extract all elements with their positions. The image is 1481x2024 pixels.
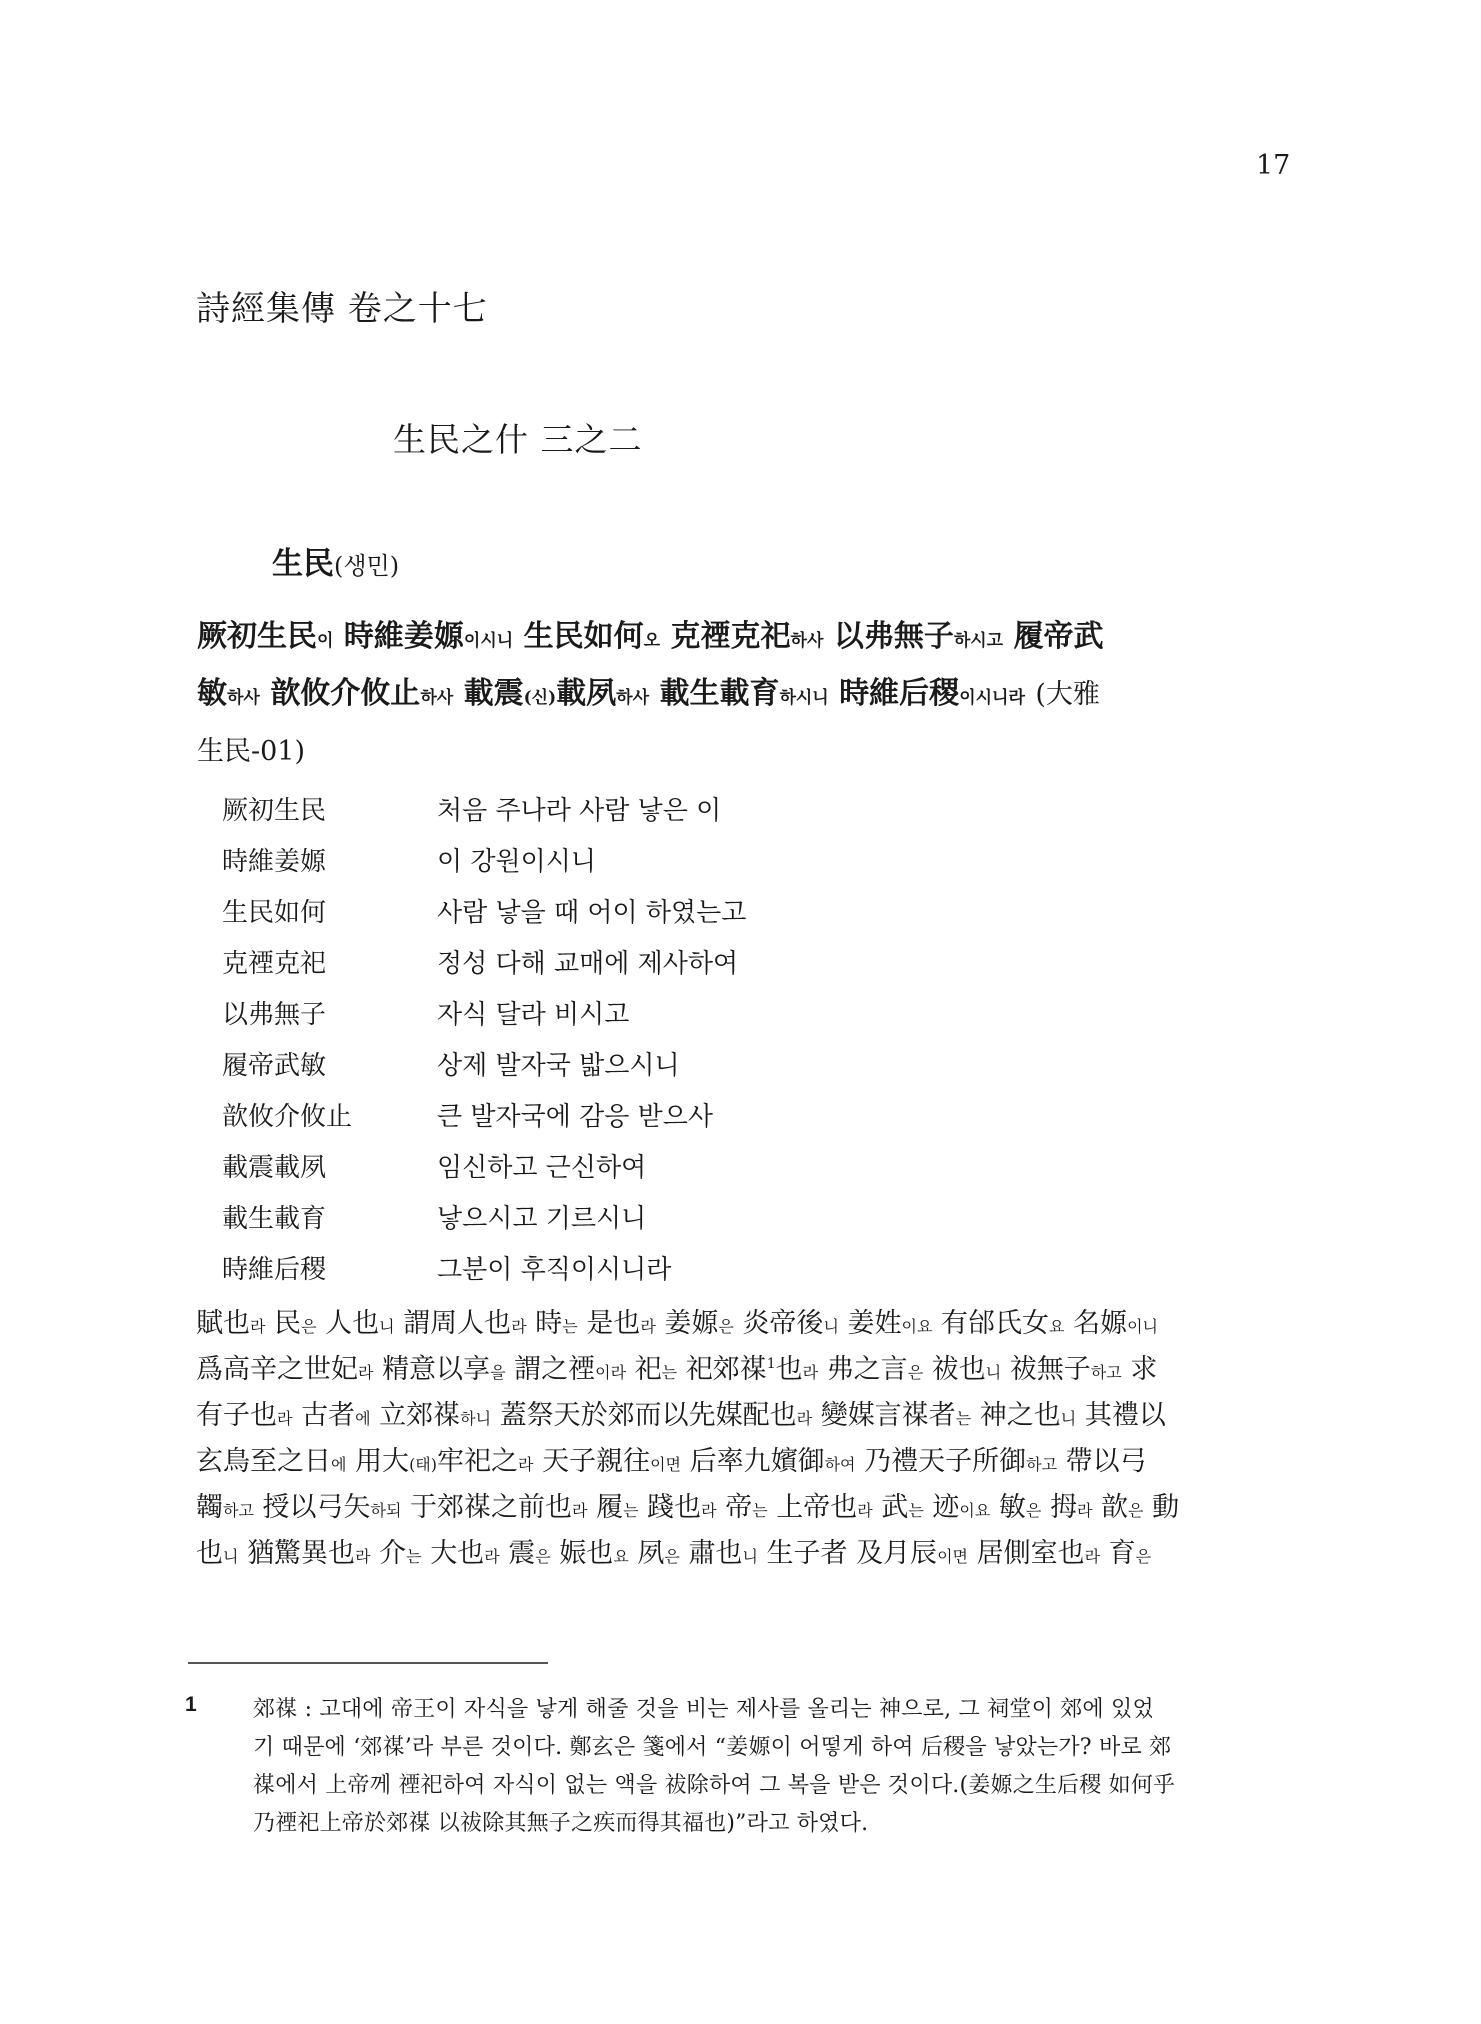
hangul-particle: 에 — [331, 1455, 346, 1474]
poem-row-hanja: 克禋克祀 — [222, 939, 437, 990]
commentary-segment: 震은 — [508, 1538, 550, 1569]
verse-segment: 歆攸介攸止하사 — [270, 676, 453, 711]
commentary-segment: 授以弓矢하되 — [263, 1492, 402, 1523]
commentary-segment: 乃禮天子所御하고 — [864, 1446, 1057, 1477]
footnote-reference: 1 — [767, 1356, 776, 1372]
poem-row-korean-translation: 이 강원이시니 — [437, 847, 596, 877]
page-number: 17 — [1256, 150, 1290, 181]
hangul-particle: 하사 — [420, 688, 453, 708]
hangul-particle: 는 — [908, 1501, 923, 1520]
hangul-particle: 라 — [484, 1547, 499, 1566]
commentary-segment: 其禮以 — [1085, 1400, 1166, 1431]
commentary-segment: 蓋祭天於郊而以先媒配也라 — [500, 1400, 812, 1431]
commentary-segment: 帶以弓 — [1066, 1446, 1147, 1477]
hangul-particle: 는 — [752, 1501, 767, 1520]
commentary-segment: 育은 — [1109, 1538, 1151, 1569]
commentary-segment: 生子者 — [767, 1538, 848, 1569]
poem-row-hanja: 厥初生民 — [222, 786, 437, 837]
poem-row-hanja: 歆攸介攸止 — [222, 1092, 437, 1143]
commentary-line: 韣하고 授以弓矢하되 于郊禖之前也라 履는 踐也라 帝는 上帝也라 武는 迹이요… — [196, 1485, 1341, 1531]
commentary-segment: 時는 — [535, 1308, 577, 1339]
commentary-segment: 立郊禖하니 — [379, 1400, 491, 1431]
hangul-particle: 라 — [572, 1501, 587, 1520]
hangul-particle: 하사 — [791, 631, 824, 651]
commentary-segment: 歆은 — [1101, 1492, 1143, 1523]
verse-segment: (大雅 — [1035, 679, 1100, 710]
commentary-segment: 謂之禋이라 — [514, 1354, 626, 1385]
verse-segment: 載夙하사 — [556, 676, 649, 711]
commentary-segment: 變媒言禖者는 — [821, 1400, 971, 1431]
poem-heading-hanja: 生民 — [272, 546, 334, 582]
commentary-line: 也니 猶驚異也라 介는 大也라 震은 娠也요 夙은 肅也니 生子者 及月辰이면 … — [196, 1531, 1341, 1577]
hangul-particle: 이요 — [902, 1317, 933, 1336]
hangul-particle: 라 — [358, 1363, 373, 1382]
commentary-segment: 介는 — [379, 1538, 421, 1569]
commentary-segment: 大也라 — [430, 1538, 499, 1569]
hangul-particle: 은 — [301, 1317, 316, 1336]
hangul-particle: 은 — [1136, 1547, 1151, 1566]
poem-row-korean-translation: 임신하고 근신하여 — [437, 1153, 646, 1183]
commentary-segment: 姜姓이요 — [848, 1308, 933, 1339]
verse-segment: 時維姜嫄이시니 — [344, 619, 513, 654]
footnote-line: 기 때문에 ‘郊禖’라 부른 것이다. 鄭玄은 箋에서 “姜嫄이 어떻게 하여 … — [253, 1729, 1353, 1767]
hangul-particle: 이 — [317, 631, 333, 651]
poem-row-hanja: 履帝武敏 — [222, 1041, 437, 1092]
poem-row: 生民如何사람 낳을 때 어이 하였는고 — [222, 888, 746, 939]
hangul-particle: 는 — [623, 1501, 638, 1520]
poem-row-korean-translation: 상제 발자국 밟으시니 — [437, 1051, 680, 1081]
commentary-segment: 民은 — [274, 1308, 316, 1339]
poem-row-hanja: 時維姜嫄 — [222, 837, 437, 888]
hangul-particle: 하사 — [227, 688, 260, 708]
commentary-segment: 迹이요 — [932, 1492, 990, 1523]
hangul-particle: 하시고 — [954, 631, 1003, 651]
verse-segment: 載震(신) — [464, 676, 557, 711]
hangul-particle: 이면 — [937, 1547, 968, 1566]
commentary-segment: 敏은 — [999, 1492, 1041, 1523]
hangul-particle: 니 — [823, 1317, 838, 1336]
poem-row: 載震載夙임신하고 근신하여 — [222, 1143, 746, 1194]
hangul-particle: 요 — [613, 1547, 628, 1566]
commentary-segment: 居側室也라 — [977, 1538, 1100, 1569]
commentary-segment: 牢祀之라 — [437, 1446, 533, 1477]
verse-segment: 厥初生民이 — [197, 619, 333, 654]
hangul-particle: 니 — [1061, 1409, 1076, 1428]
commentary-line: 玄鳥至之日에 用大(태)牢祀之라 天子親往이면 后率九嬪御하여 乃禮天子所御하고… — [196, 1439, 1341, 1485]
footnote-marker: 1 — [185, 1693, 197, 1717]
commentary-segment: 祓也니 — [932, 1354, 1001, 1385]
verse-line: 敏하사 歆攸介攸止하사 載震(신)載夙하사 載生載育하시니 時維后稷이시니라 (… — [197, 665, 1342, 722]
poem-heading-reading: (생민) — [334, 552, 399, 580]
poem-row: 履帝武敏상제 발자국 밟으시니 — [222, 1041, 746, 1092]
commentary-segment: 炎帝後니 — [742, 1308, 838, 1339]
commentary-segment: 夙은 — [637, 1538, 679, 1569]
hangul-particle: 은 — [718, 1317, 733, 1336]
verse-block: 厥初生民이 時維姜嫄이시니 生民如何오 克禋克祀하사 以弗無子하시고 履帝武敏하… — [197, 608, 1342, 779]
hangul-particle: 이면 — [650, 1455, 681, 1474]
commentary-segment: 名嫄이니 — [1073, 1308, 1158, 1339]
poem-row: 歆攸介攸止큰 발자국에 감응 받으사 — [222, 1092, 746, 1143]
hangul-particle: 에 — [355, 1409, 370, 1428]
verse-segment: 以弗無子하시고 — [834, 619, 1003, 654]
poem-row-korean-translation: 처음 주나라 사람 낳은 이 — [437, 796, 721, 826]
poem-row: 以弗無子자식 달라 비시고 — [222, 990, 746, 1041]
commentary-segment: 猶驚異也라 — [247, 1538, 370, 1569]
commentary-segment: 有子也라 — [196, 1400, 292, 1431]
poem-row-korean-translation: 사람 낳을 때 어이 하였는고 — [437, 898, 746, 928]
poem-row-korean-translation: 큰 발자국에 감응 받으사 — [437, 1102, 713, 1132]
commentary-line: 賦也라 民은 人也니 謂周人也라 時는 是也라 姜嫄은 炎帝後니 姜姓이요 有邰… — [196, 1301, 1341, 1347]
commentary-segment: 拇라 — [1050, 1492, 1092, 1523]
document-title: 詩經集傳 卷之十七 — [196, 281, 488, 330]
poem-row-korean-translation: 낳으시고 기르시니 — [437, 1204, 646, 1234]
poem-row-korean-translation: 정성 다해 교매에 제사하여 — [437, 949, 738, 979]
commentary-segment: 是也라 — [586, 1308, 655, 1339]
hangul-particle: 은 — [908, 1363, 923, 1382]
commentary-segment: 有邰氏女요 — [941, 1308, 1064, 1339]
hangul-particle: 하니 — [460, 1409, 491, 1428]
commentary-segment: 踐也라 — [647, 1492, 716, 1523]
verse-line: 厥初生民이 時維姜嫄이시니 生民如何오 克禋克祀하사 以弗無子하시고 履帝武 — [197, 608, 1342, 665]
poem-row-hanja: 時維后稷 — [222, 1245, 437, 1296]
hangul-particle: (신) — [524, 688, 557, 708]
hangul-particle: 이시니라 — [959, 688, 1025, 708]
commentary-segment: 也니 — [196, 1538, 238, 1569]
commentary-segment: 及月辰이면 — [856, 1538, 968, 1569]
poem-row: 時維后稷그분이 후직이시니라 — [222, 1245, 746, 1296]
poem-row-korean-translation: 자식 달라 비시고 — [437, 1000, 629, 1030]
commentary-segment: 精意以享을 — [382, 1354, 505, 1385]
hangul-particle: 이니 — [1127, 1317, 1158, 1336]
hangul-particle: 은 — [1026, 1501, 1041, 1520]
commentary-segment: 娠也요 — [559, 1538, 628, 1569]
commentary-segment: 履는 — [596, 1492, 638, 1523]
commentary-block: 賦也라 民은 人也니 謂周人也라 時는 是也라 姜嫄은 炎帝後니 姜姓이요 有邰… — [196, 1301, 1341, 1577]
verse-segment: 生民如何오 — [524, 619, 660, 654]
commentary-segment: 賦也라 — [196, 1308, 265, 1339]
hangul-particle: 라 — [277, 1409, 292, 1428]
hangul-particle: 라 — [701, 1501, 716, 1520]
hangul-particle: 라 — [250, 1317, 265, 1336]
commentary-segment: 于郊禖之前也라 — [410, 1492, 587, 1523]
poem-row: 厥初生民처음 주나라 사람 낳은 이 — [222, 786, 746, 837]
commentary-segment: 祀郊禖1 — [686, 1354, 776, 1385]
poem-translation-list: 厥初生民처음 주나라 사람 낳은 이時維姜嫄이 강원이시니生民如何사람 낳을 때… — [222, 786, 746, 1296]
book-page: { "page": { "number": "17", "title": "詩經… — [0, 0, 1481, 2024]
commentary-segment: 祀는 — [635, 1354, 677, 1385]
hangul-particle: 라 — [511, 1317, 526, 1336]
hangul-particle: 는 — [406, 1547, 421, 1566]
hangul-particle: 이라 — [595, 1363, 626, 1382]
poem-row-hanja: 以弗無子 — [222, 990, 437, 1041]
hangul-particle: 라 — [857, 1501, 872, 1520]
poem-heading: 生民(생민) — [272, 538, 399, 583]
commentary-segment: 用大(태) — [355, 1446, 437, 1477]
hangul-particle: 하고 — [1026, 1455, 1057, 1474]
footnote-line: 禖에서 上帝께 禋祀하여 자식이 없는 액을 祓除하여 그 복을 받은 것이다.… — [253, 1767, 1353, 1805]
hangul-particle: 라 — [1085, 1547, 1100, 1566]
commentary-segment: 也라 — [776, 1354, 818, 1385]
hangul-particle: 니 — [986, 1363, 1001, 1382]
hangul-particle: 니 — [742, 1547, 757, 1566]
verse-segment: 敏하사 — [197, 676, 260, 711]
hangul-particle: 은 — [535, 1547, 550, 1566]
footnote-line: 郊禖 : 고대에 帝王이 자식을 낳게 해줄 것을 비는 제사를 올리는 神으로… — [253, 1691, 1353, 1729]
section-title: 生民之什 三之二 — [393, 414, 643, 461]
commentary-segment: 后率九嬪御하여 — [690, 1446, 856, 1477]
hangul-particle: 은 — [1128, 1501, 1143, 1520]
poem-row-korean-translation: 그분이 후직이시니라 — [437, 1255, 671, 1285]
commentary-segment: 求 — [1130, 1354, 1157, 1385]
commentary-segment: 謂周人也라 — [403, 1308, 526, 1339]
verse-segment: 時維后稷이시니라 — [839, 676, 1025, 711]
poem-row-hanja: 載生載育 — [222, 1194, 437, 1245]
commentary-line: 爲高辛之世妃라 精意以享을 謂之禋이라 祀는 祀郊禖1也라 弗之言은 祓也니 祓… — [196, 1347, 1341, 1393]
commentary-segment: 爲高辛之世妃라 — [196, 1354, 373, 1385]
hangul-particle: 라 — [355, 1547, 370, 1566]
hangul-particle: 은 — [664, 1547, 679, 1566]
hangul-particle: 이시니 — [464, 631, 513, 651]
hangul-particle: 하시니 — [779, 688, 828, 708]
poem-row-hanja: 載震載夙 — [222, 1143, 437, 1194]
verse-segment: 載生載育하시니 — [659, 676, 828, 711]
hangul-particle: 라 — [797, 1409, 812, 1428]
commentary-segment: 上帝也라 — [776, 1492, 872, 1523]
verse-segment: 履帝武 — [1014, 619, 1104, 654]
commentary-line: 有子也라 古者에 立郊禖하니 蓋祭天於郊而以先媒配也라 變媒言禖者는 神之也니 … — [196, 1393, 1341, 1439]
hangul-particle: 니 — [379, 1317, 394, 1336]
hangul-particle: 하되 — [371, 1501, 402, 1520]
hangul-particle: 을 — [490, 1363, 505, 1382]
hangul-particle: 는 — [562, 1317, 577, 1336]
commentary-segment: 動 — [1152, 1492, 1179, 1523]
poem-row-hanja: 生民如何 — [222, 888, 437, 939]
hangul-particle: 하여 — [825, 1455, 856, 1474]
hangul-particle: 하사 — [616, 688, 649, 708]
hangul-particle: 는 — [662, 1363, 677, 1382]
commentary-segment: 肅也니 — [688, 1538, 757, 1569]
footnote-text-block: 郊禖 : 고대에 帝王이 자식을 낳게 해줄 것을 비는 제사를 올리는 神으로… — [253, 1691, 1353, 1843]
hangul-particle: 하고 — [223, 1501, 254, 1520]
commentary-segment: 弗之言은 — [827, 1354, 923, 1385]
commentary-segment: 姜嫄은 — [664, 1308, 733, 1339]
commentary-segment: 神之也니 — [980, 1400, 1076, 1431]
commentary-segment: 玄鳥至之日에 — [196, 1446, 346, 1477]
verse-line: 生民-01) — [197, 722, 1342, 779]
hangul-particle: 요 — [1049, 1317, 1064, 1336]
commentary-segment: 武는 — [881, 1492, 923, 1523]
footnote-line: 乃禋祀上帝於郊禖 以祓除其無子之疾而得其福也)”라고 하였다. — [253, 1805, 1353, 1843]
verse-segment: 克禋克祀하사 — [671, 619, 824, 654]
commentary-segment: 天子親往이면 — [542, 1446, 681, 1477]
poem-row: 時維姜嫄이 강원이시니 — [222, 837, 746, 888]
hangul-particle: 니 — [223, 1547, 238, 1566]
commentary-segment: 祓無子하고 — [1010, 1354, 1122, 1385]
hangul-particle: 라 — [1077, 1501, 1092, 1520]
hangul-particle: (태) — [409, 1455, 437, 1474]
poem-row: 克禋克祀정성 다해 교매에 제사하여 — [222, 939, 746, 990]
commentary-segment: 古者에 — [301, 1400, 370, 1431]
footnote-separator-rule — [188, 1662, 548, 1664]
commentary-segment: 人也니 — [325, 1308, 394, 1339]
commentary-segment: 帝는 — [725, 1492, 767, 1523]
hangul-particle: 이요 — [959, 1501, 990, 1520]
hangul-particle: 는 — [956, 1409, 971, 1428]
hangul-particle: 라 — [640, 1317, 655, 1336]
commentary-segment: 韣하고 — [196, 1492, 254, 1523]
hangul-particle: 라 — [803, 1363, 818, 1382]
hangul-particle: 라 — [518, 1455, 533, 1474]
poem-row: 載生載育낳으시고 기르시니 — [222, 1194, 746, 1245]
hangul-particle: 오 — [644, 631, 660, 651]
hangul-particle: 하고 — [1091, 1363, 1122, 1382]
verse-segment: 生民-01) — [197, 736, 305, 767]
